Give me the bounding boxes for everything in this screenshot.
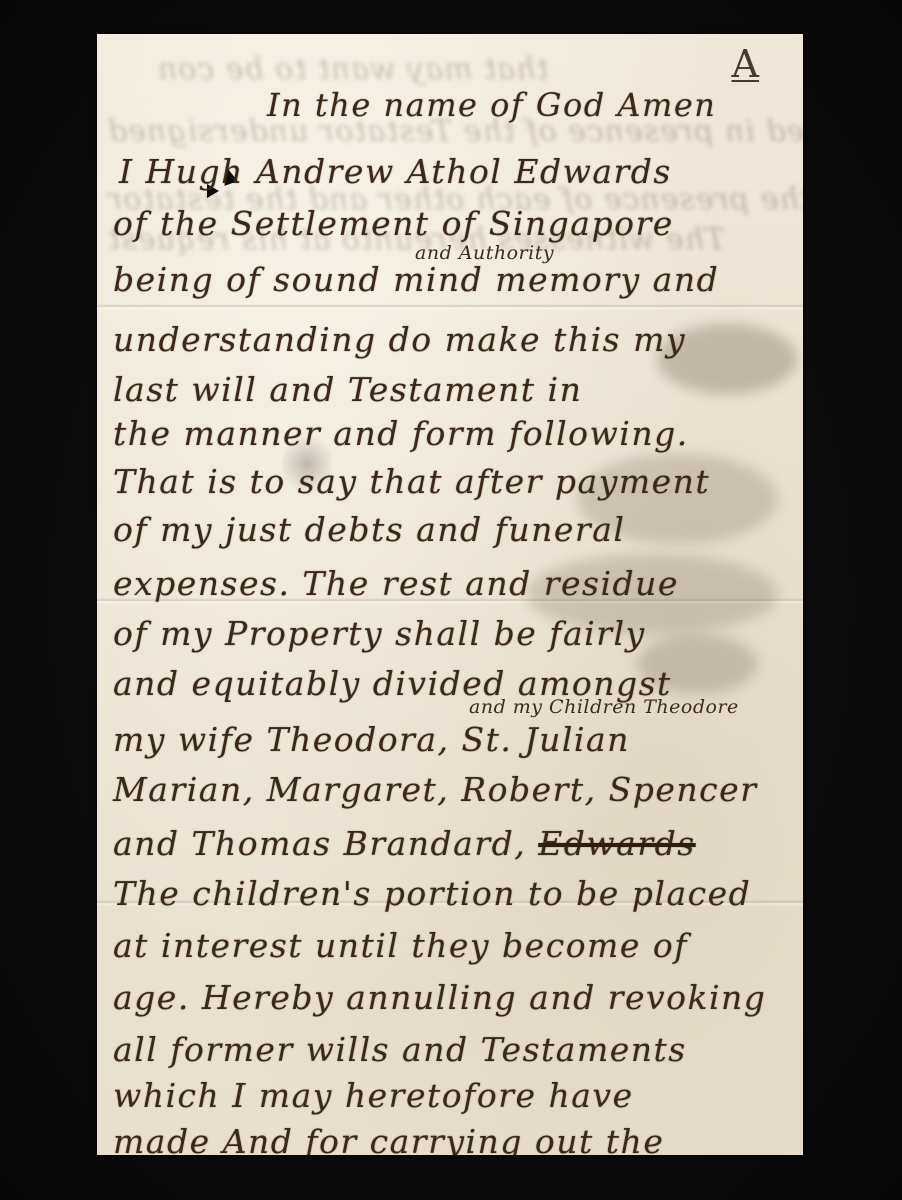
text-line: age. Hereby annulling and revoking	[113, 978, 766, 1017]
text-line: of my just debts and funeral	[113, 510, 625, 549]
page-marker: A	[732, 42, 759, 86]
text-line: That is to say that after payment	[113, 462, 710, 501]
text-line: the manner and form following.	[113, 414, 689, 453]
text-line: all former wills and Testaments	[113, 1030, 687, 1069]
struck-word: Edwards	[538, 824, 695, 863]
text-line: and Thomas Brandard, Edwards	[113, 824, 696, 863]
text-line: of the Settlement of Singapore	[113, 204, 674, 243]
text-line: being of sound mind memory and	[113, 260, 719, 299]
text-line: which I may heretofore have	[113, 1076, 634, 1115]
text-line: understanding do make this my	[113, 320, 686, 359]
manuscript-page: that may want to be con Sealed in presen…	[97, 34, 803, 1155]
text-line: at interest until they become of	[113, 926, 688, 965]
text-line: my wife Theodora, St. Julian	[113, 720, 630, 759]
text-line: of my Property shall be fairly	[113, 614, 646, 653]
text-line: The children's portion to be placed	[113, 874, 751, 913]
text-line: I Hugh Andrew Athol Edwards	[119, 152, 672, 191]
text-line: expenses. The rest and residue	[113, 564, 679, 603]
interlinear-insertion: and my Children Theodore	[469, 696, 739, 718]
text-fragment: and Thomas Brandard,	[113, 824, 538, 863]
text-line: made And for carrying out the	[113, 1122, 664, 1155]
heading-line: In the name of God Amen	[267, 86, 716, 124]
fold-crease	[97, 304, 803, 310]
text-line: Marian, Margaret, Robert, Spencer	[113, 770, 757, 809]
text-line: last will and Testament in	[113, 370, 582, 409]
ink-bleed-through: that may want to be con	[157, 52, 548, 87]
